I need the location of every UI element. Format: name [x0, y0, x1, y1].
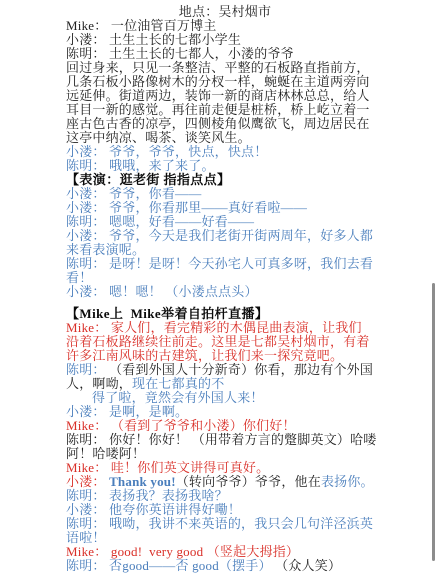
doc-title: 地点：吴村烟市 — [66, 5, 384, 19]
text-segment: 小溇： — [66, 474, 109, 489]
script-line: 来看表演呢。 — [66, 243, 384, 257]
text-segment: 得了啦，竟然会有外国人来！ — [92, 390, 264, 405]
text-segment: 来看表演呢。 — [66, 242, 145, 257]
text-segment: 陈明： 土生土长的七都人，小溇的爷爷 — [66, 46, 294, 61]
script-line: 陈明： 土生土长的七都人，小溇的爷爷 — [66, 47, 384, 61]
script-line: 这亭中纳凉、喝茶、谈笑风生。 — [66, 131, 384, 145]
script-line: Mike： good! very good （竖起大拇指） — [66, 545, 384, 559]
script-line: 陈明： 是呀！是呀！今天孙宅人可真多呀，我们去看 — [66, 257, 384, 271]
scrollbar-thumb[interactable] — [432, 283, 435, 561]
script-line: Mike： 一位油管百万博主 — [66, 19, 384, 33]
document-lines: 地点：吴村烟市Mike： 一位油管百万博主小溇： 土生土长的七都小学生陈明： 土… — [0, 0, 440, 573]
text-segment: 地点：吴村烟市 — [179, 4, 271, 19]
script-line: 陈明： （看到外国人十分新奇）你看，那边有个外国 — [66, 363, 384, 377]
text-segment: 小溇： 爷爷，爷爷，快点，快点！ — [66, 144, 267, 159]
script-line: 小溇： 爷爷，爷爷，快点，快点！ — [66, 145, 384, 159]
script-line: 陈明： 哦呦，我讲不来英语的，我只会几句洋泾浜英 — [66, 517, 384, 531]
script-line: 几条石板小路像树木的分杈一样，蜿蜒在主道两旁向 — [66, 75, 384, 89]
script-line: 小溇： 爷爷，你看—— — [66, 187, 384, 201]
section-header: 【Mike上 Mike举着自拍杆直播】 — [66, 307, 384, 321]
text-segment: 陈明： 嗯嗯，好看——好看—— — [66, 214, 254, 229]
script-line: 陈明： 你好！你好！ （用带着方言的蹩脚英文）哈喽 — [66, 433, 384, 447]
text-segment: 许多江南风味的古建筑，让我们来一探究竟吧。 — [66, 348, 343, 363]
text-segment: 人，啊呦， — [66, 376, 132, 391]
script-document: 地点：吴村烟市Mike： 一位油管百万博主小溇： 土生土长的七都小学生陈明： 土… — [0, 0, 440, 587]
text-segment: 小溇： 嗯！嗯！ （小溇点点头） — [66, 284, 258, 299]
text-segment: （众人笑） — [275, 558, 341, 573]
text-segment: 表扬你。 — [321, 474, 374, 489]
script-line: 小溇： 是啊，是啊。 — [66, 405, 384, 419]
section-header: 【表演：逛老街 指指点点】 — [66, 173, 384, 187]
text-segment: Mike： 哇！你们英文讲得可真好。 — [66, 460, 269, 475]
text-segment: Mike： 一位油管百万博主 — [66, 18, 217, 33]
script-line: 陈明： 哦哦，来了来了。 — [66, 159, 384, 173]
text-segment: 阿！哈喽阿！ — [66, 446, 145, 461]
text-segment: 座古色古香的凉亭，四侧棱角似鹰欲飞，周边居民在 — [66, 116, 370, 131]
script-line: 小溇： 他夸你英语讲得好嘞！ — [66, 503, 384, 517]
text-segment: 耳目一新的感觉。再往前走便是桩桥，桥上屹立着一 — [66, 102, 370, 117]
text-segment: Mike： （看到了爷爷和小溇）你们好！ — [66, 418, 296, 433]
script-line: 小溇： 爷爷，你看那里——真好看啦—— — [66, 201, 384, 215]
script-line: 许多江南风味的古建筑，让我们来一探究竟吧。 — [66, 349, 384, 363]
script-line: 小溇： 土生土长的七都小学生 — [66, 33, 384, 47]
script-line: 耳目一新的感觉。再往前走便是桩桥，桥上屹立着一 — [66, 103, 384, 117]
script-line: 回过身来，只见一条整洁、平整的石板路直指前方， — [66, 61, 384, 75]
text-segment: 陈明： 哦哦，来了来了。 — [66, 158, 215, 173]
text-segment: （转向爷爷）爷爷，他在 — [176, 474, 321, 489]
script-line: 得了啦，竟然会有外国人来！ — [66, 391, 384, 405]
text-segment: 陈明： — [66, 362, 109, 377]
text-segment: 陈明： 是呀！是呀！今天孙宅人可真多呀，我们去看 — [66, 256, 373, 271]
script-line: 小溇： 嗯！嗯！ （小溇点点头） — [66, 285, 384, 299]
script-line: 陈明： 否good——否 good（摆手） （众人笑） — [66, 559, 384, 573]
text-segment: （看到外国人十分新奇）你看，那边有个外国 — [109, 362, 373, 377]
script-line: 沿着石板路继续往前走。这里是七都吴村烟市，有着 — [66, 335, 384, 349]
text-segment: 沿着石板路继续往前走。这里是七都吴村烟市，有着 — [66, 334, 370, 349]
script-line: Mike： 哇！你们英文讲得可真好。 — [66, 461, 384, 475]
text-segment: Mike： 家人们，看完精彩的木偶昆曲表演，让我们 — [66, 320, 362, 335]
script-line: 远延伸。街道两边，装饰一新的商店林林总总，给人 — [66, 89, 384, 103]
script-line: 人，啊呦，现在七都真的不 — [66, 377, 384, 391]
text-segment: Thank you! — [109, 474, 176, 489]
script-line: 陈明： 嗯嗯，好看——好看—— — [66, 215, 384, 229]
text-segment: 小溇： 他夸你英语讲得好嘞！ — [66, 502, 241, 517]
script-line: 语啦！ — [66, 531, 384, 545]
text-segment: 陈明： 表扬我？表扬我啥？ — [66, 488, 228, 503]
text-segment: 小溇： 爷爷，你看那里——真好看啦—— — [66, 200, 307, 215]
script-line: 陈明： 表扬我？表扬我啥？ — [66, 489, 384, 503]
script-line: Mike： （看到了爷爷和小溇）你们好！ — [66, 419, 384, 433]
text-segment: 远延伸。街道两边，装饰一新的商店林林总总，给人 — [66, 88, 370, 103]
text-segment: 陈明： 否good——否 good（摆手） — [66, 558, 275, 573]
text-segment: 看！ — [66, 270, 92, 285]
script-line: Mike： 家人们，看完精彩的木偶昆曲表演，让我们 — [66, 321, 384, 335]
text-segment: 这亭中纳凉、喝茶、谈笑风生。 — [66, 130, 251, 145]
text-segment: 语啦！ — [66, 530, 106, 545]
text-segment: 【表演：逛老街 指指点点】 — [66, 172, 230, 187]
text-segment: 小溇： 爷爷，今天是我们老街开街两周年，好多人都 — [66, 228, 373, 243]
text-segment: 现在七都真的不 — [132, 376, 224, 391]
text-segment: 陈明： 你好！你好！ （用带着方言的蹩脚英文）哈喽 — [66, 432, 377, 447]
script-line: 小溇： 爷爷，今天是我们老街开街两周年，好多人都 — [66, 229, 384, 243]
script-line: 阿！哈喽阿！ — [66, 447, 384, 461]
script-line: 看！ — [66, 271, 384, 285]
text-segment: 小溇： 土生土长的七都小学生 — [66, 32, 241, 47]
text-segment: 陈明： 哦呦，我讲不来英语的，我只会几句洋泾浜英 — [66, 516, 373, 531]
text-segment: 几条石板小路像树木的分杈一样，蜿蜒在主道两旁向 — [66, 74, 370, 89]
text-segment: Mike： good! very good （竖起大拇指） — [66, 544, 299, 559]
script-line: 座古色古香的凉亭，四侧棱角似鹰欲飞，周边居民在 — [66, 117, 384, 131]
text-segment: 回过身来，只见一条整洁、平整的石板路直指前方， — [66, 60, 370, 75]
script-line: 小溇： Thank you!（转向爷爷）爷爷，他在表扬你。 — [66, 475, 384, 489]
text-segment: 小溇： 是啊，是啊。 — [66, 404, 188, 419]
text-segment: 小溇： 爷爷，你看—— — [66, 186, 201, 201]
text-segment: 【Mike上 Mike举着自拍杆直播】 — [66, 306, 268, 321]
